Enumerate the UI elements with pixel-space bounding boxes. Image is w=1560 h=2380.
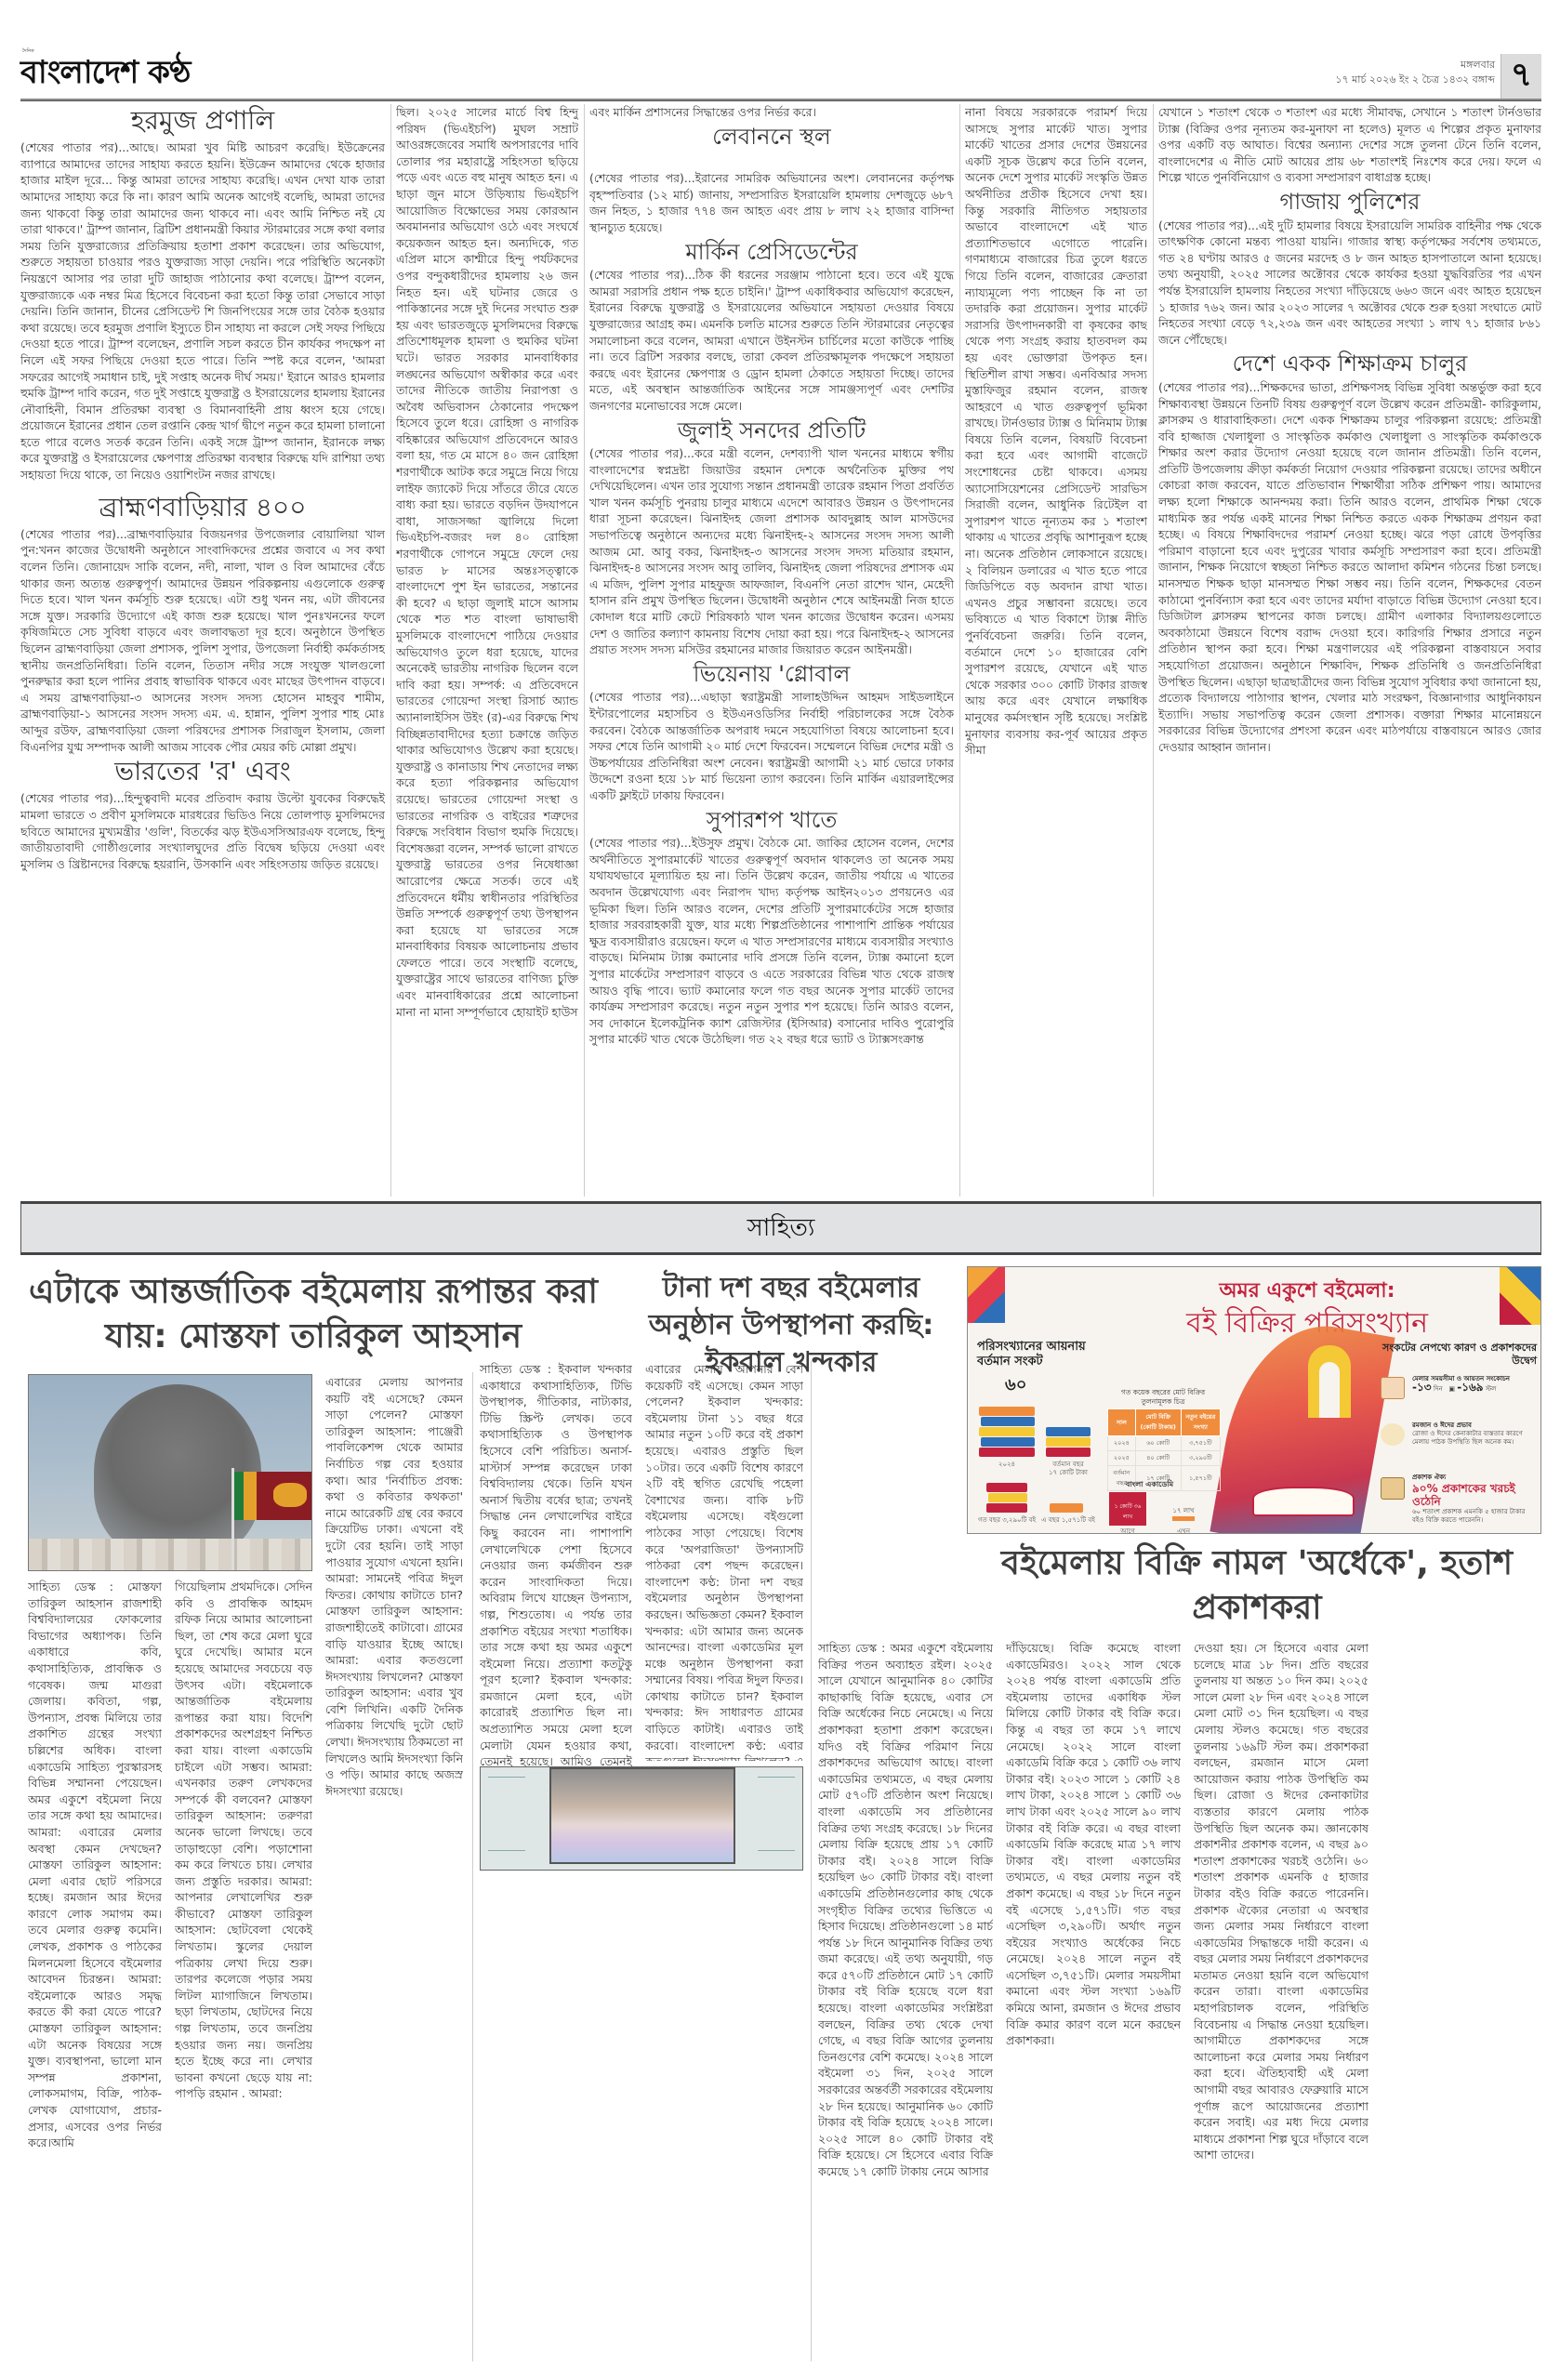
article-photo-author-portrait[interactable] (480, 1766, 803, 1871)
headline-vienna-global[interactable]: ভিয়েনায় 'গ্লোবাল (589, 662, 954, 688)
weekday: মঙ্গলবার (1335, 58, 1495, 73)
story-gaza-police: (শেষের পাতার পর)...এই দুটি হামলার বিষয়ে… (1158, 218, 1541, 349)
headline-article-sales-halved[interactable]: বইমেলায় বিক্রি নামল 'অর্ধেকে', হতাশ প্র… (978, 1541, 1536, 1631)
portrait-image (549, 1767, 735, 1864)
decorative-pattern-icon (968, 1267, 1005, 1323)
article-mostafa-col-b: গিয়েছিলাম প্রথমদিকে। সেদিন কবি ও প্রাবন… (175, 1579, 312, 2361)
news-section: হরমুজ প্রণালি (শেষের পাতার পর)...আছে। আম… (20, 104, 1541, 1197)
column-divider (1153, 104, 1154, 1197)
sales-table-heading: গত কয়েক বছরের মোট বিক্রির তুলনামূলক চিত… (1107, 1388, 1219, 1407)
headline-july-charter[interactable]: জুলাই সনদের প্রতিটি (589, 418, 954, 444)
book-stack-icon (981, 1437, 1035, 1447)
table-header-new-books: নতুন বইয়ের সংখ্যা (1181, 1409, 1220, 1436)
book-stack-icon (1046, 1437, 1091, 1447)
story-brahmanbaria: (শেষের পাতার পর)...ব্রাহ্মণবাড়িয়ার বিজ… (20, 526, 385, 755)
reason3-text: ৬০ শতাংশ প্রকাশক এমনকি ৫ হাজার টাকার বইও… (1412, 1508, 1526, 1524)
story-lebanon: (শেষের পাতার পর)...ইরানের সামরিক অভিযানে… (589, 170, 954, 235)
book-stack-icon (986, 1483, 1027, 1492)
article-mostafa-col-c: এবারের মেলায় আপনার কয়টি বই এসেছে? কেমন… (325, 1374, 463, 2361)
academy-now-label: এখন (1165, 1527, 1202, 1534)
academy-now-bar (1172, 1516, 1195, 1521)
story-hormuz: (শেষের পাতার পর)...আছে। আমরা খুব মিষ্টি … (20, 139, 385, 483)
table-cell: ৩,২৯০টি (1181, 1451, 1220, 1466)
table-row: ২০২৫ ৪০ কোটি ৩,২৯০টি (1108, 1451, 1221, 1466)
headline-brahmanbaria[interactable]: ব্রাহ্মণবাড়িয়ার ৪০০ (20, 493, 385, 522)
newspaper-logo[interactable]: বাংলাদেশ কণ্ঠ (20, 54, 190, 91)
book-icon (1050, 1503, 1083, 1513)
reason1-days: -১৩ (1412, 1381, 1432, 1394)
book-stack-icon (1046, 1448, 1091, 1457)
headline-india-raw[interactable]: ভারতের 'র' এবং (20, 757, 385, 787)
article-sales-text-c: দেওয়া হয়। সে হিসেবে এবার মেলা চলেছে মা… (1194, 1640, 1368, 2163)
article-sales-col-b: দাঁড়িয়েছে। বিক্রি কমেছে বাংলা একাডেমির… (1006, 1640, 1181, 2361)
reason-time-and-space: মেলার সময়সীমা ও আয়তন সংকোচন -১৩ দিন ▣ … (1381, 1375, 1537, 1394)
table-cell: ৩,৭৫১টি (1181, 1436, 1220, 1451)
column-1: হরমুজ প্রণালি (শেষের পাতার পর)...আছে। আম… (20, 104, 385, 1197)
infographic-right-heading: সংকটের নেপথ্যে কারণ ও প্রকাশকদের উদ্বেগ (1381, 1342, 1537, 1368)
label-last-year-books: গত বছর ৩,২৯০টি বই (977, 1516, 1037, 1525)
headline-lebanon[interactable]: লেবাননে স্থল (589, 125, 954, 151)
article-sales-text-b: দাঁড়িয়েছে। বিক্রি কমেছে বাংলা একাডেমির… (1006, 1640, 1181, 2049)
article-mostafa-text-a: সাহিত্য ডেস্ক : মোস্তফা তারিকুল আহসান রা… (28, 1579, 162, 2151)
open-book-icon (1252, 1487, 1355, 1516)
reason1-stalls: -১৬৯ (1457, 1381, 1483, 1394)
buildings-graphic (29, 1539, 311, 1570)
decorative-lines (758, 1777, 795, 1851)
academy-building-icon: ১ কোটি ৩৬ লাখ (1109, 1492, 1146, 1526)
book-stack-icon (979, 1407, 1035, 1416)
book-stack-icon (988, 1493, 1027, 1502)
article-sales-text-a: সাহিত্য ডেস্ক : অমর একুশে বইমেলায় বিক্র… (818, 1640, 993, 2180)
article-iqbal-col-b: এবারের মেলায় আপনার বেশ কয়েকটি বই এসেছে… (645, 1361, 803, 1761)
column-divider (390, 104, 391, 1197)
story-india-raw: (শেষের পাতার পর)...হিন্দুত্ববাদী মবের প্… (20, 790, 385, 872)
academy-before-value: ১ কোটি ৩৬ লাখ (1115, 1503, 1142, 1520)
reason2-title: রমজান ও ঈদের প্রভাব (1412, 1421, 1472, 1429)
reason-ramadan-eid: রমজান ও ঈদের প্রভাব রোজা ও ঈদের কেনাকাটা… (1381, 1421, 1537, 1447)
headline-gaza-police[interactable]: গাজায় পুলিশের (1158, 190, 1541, 216)
publication-date: ১৭ মার্চ ২০২৬ ইং ২ চৈত্র ১৪৩২ বঙ্গাব্দ (1335, 73, 1495, 87)
article-iqbal-text-b: এবারের মেলায় আপনার বেশ কয়েকটি বই এসেছে… (645, 1361, 803, 1761)
story-supershop-continued-2: যেখানে ১ শতাংশ থেকে ৩ শতাংশ এর মধ্যে সীম… (1158, 104, 1541, 186)
book-stack-icon (986, 1503, 1027, 1513)
headline-supershop[interactable]: সুপারশপ খাতে (589, 808, 954, 834)
current-year-value: ১৭ কোটি টাকা (1049, 1469, 1088, 1476)
sales-2024-number: ৬০ (1005, 1375, 1026, 1395)
table-header-year: সাল (1108, 1409, 1136, 1436)
table-cell: ২০২৫ (1108, 1451, 1136, 1466)
flag-icon (234, 1472, 312, 1520)
table-cell: ২০২৪ (1108, 1436, 1136, 1451)
book-stack-icon (981, 1417, 1035, 1426)
table-header-sales: মোট বিক্রি (কোটি টাকায়) (1135, 1409, 1181, 1436)
column-3: এবং মার্কিন প্রশাসনের সিদ্ধান্তের ওপর নি… (589, 104, 954, 1197)
column-divider (811, 1361, 812, 2361)
date-block: মঙ্গলবার ১৭ মার্চ ২০২৬ ইং ২ চৈত্র ১৪৩২ ব… (1335, 58, 1495, 87)
literature-section: এটাকে আন্তর্জাতিক বইমেলায় রূপান্তর করা … (20, 1264, 1541, 2371)
headline-article-mostafa[interactable]: এটাকে আন্তর্জাতিক বইমেলায় রূপান্তর করা … (28, 1270, 599, 1359)
story-supershop: (শেষের পাতার পর)...ইউসুফ প্রমুখ। বৈঠকে ম… (589, 835, 954, 1048)
reason1-stalls-unit: স্টল (1486, 1385, 1497, 1393)
current-year-label: বর্তমান বছর (1052, 1461, 1083, 1468)
book-stack-icon (979, 1448, 1035, 1457)
book-stack-icon (1046, 1427, 1091, 1436)
column-divider (959, 104, 960, 1197)
decorative-lines (488, 1777, 525, 1851)
section-header-literature: সাহিত্য (20, 1201, 1541, 1255)
label-current-year: বর্তমান বছর ১৭ কোটি টাকা (1038, 1461, 1098, 1477)
story-us-president: (শেষের পাতার পর)...ঠিক কী ধরনের সরঞ্জাম … (589, 267, 954, 414)
masthead: দৈনিক বাংলাদেশ কণ্ঠ মঙ্গলবার ১৭ মার্চ ২০… (20, 54, 1541, 99)
story-single-curriculum: (শেষের পাতার পর)...শিক্ষকদের ভাতা, প্রশি… (1158, 379, 1541, 756)
headline-single-curriculum[interactable]: দেশে একক শিক্ষাক্রম চালুর (1158, 351, 1541, 377)
academy-now-value: ১৭ লাখ (1165, 1507, 1202, 1515)
headline-us-president[interactable]: মার্কিন প্রেসিডেন্টের (589, 240, 954, 266)
reason-publishers-unity: প্রকাশক ঐক্য ৯০% প্রকাশকের খরচই ওঠেনি ৬০… (1381, 1474, 1537, 1525)
table-cell: ১,৫৭১টি (1181, 1466, 1220, 1491)
article-photo-smoke-flag[interactable] (28, 1374, 312, 1571)
infographic-left-heading: পরিসংখ্যানের আয়নায় বর্তমান সংকট (977, 1340, 1098, 1369)
story-india-raw-continued: ছিল। ২০২৫ সালের মার্চে বিশ্ব হিন্দু পরিষ… (396, 104, 578, 1020)
column-divider (584, 104, 585, 1197)
academy-before-label: আগে (1109, 1527, 1146, 1534)
reason3-title: প্রকাশক ঐক্য (1412, 1474, 1446, 1481)
story-lead-continued: এবং মার্কিন প্রশাসনের সিদ্ধান্তের ওপর নি… (589, 104, 954, 121)
masthead-divider (20, 99, 1541, 101)
bangla-academy-heading: বাংলা একাডেমি (1126, 1479, 1173, 1491)
reason1-days-unit: দিন (1434, 1385, 1443, 1393)
reason3-highlight: ৯০% প্রকাশকের খরচই ওঠেনি (1412, 1482, 1515, 1508)
label-this-year-books: এ বছর ১,৫৭১টি বই (1038, 1516, 1098, 1525)
infographic-book-sales[interactable]: অমর একুশে বইমেলা: বই বিক্রির পরিসংখ্যান … (967, 1266, 1541, 1534)
story-vienna-global: (শেষের পাতার পর)...এছাড়া স্বরাষ্ট্রমন্ত… (589, 689, 954, 803)
arch-graphic (1308, 1345, 1351, 1418)
table-header-row: সাল মোট বিক্রি (কোটি টাকায়) নতুন বইয়ের… (1108, 1409, 1221, 1436)
page-number: ৭ (1501, 54, 1541, 99)
book-stack-icon (979, 1427, 1035, 1436)
column-4: নানা বিষয়ে সরকারকে পরামর্শ দিয়ে আসছে স… (965, 104, 1147, 1197)
table-cell: ৬০ কোটি (1135, 1436, 1181, 1451)
table-row: ২০২৪ ৬০ কোটি ৩,৭৫১টি (1108, 1436, 1221, 1451)
table-cell: ৪০ কোটি (1135, 1451, 1181, 1466)
article-sales-col-c: দেওয়া হয়। সে হিসেবে এবার মেলা চলেছে মা… (1194, 1640, 1368, 2361)
decorative-pattern-icon (1500, 1267, 1540, 1325)
story-july-charter: (শেষের পাতার পর)...করে মন্ত্রী বলেন, দেশ… (589, 445, 954, 658)
label-2024: ২০২৪ (986, 1461, 1027, 1469)
article-mostafa-col-a: সাহিত্য ডেস্ক : মোস্তফা তারিকুল আহসান রা… (28, 1579, 162, 2361)
article-mostafa-text-c: এবারের মেলায় আপনার কয়টি বই এসেছে? কেমন… (325, 1374, 463, 1799)
article-mostafa-text-b: গিয়েছিলাম প্রথমদিকে। সেদিন কবি ও প্রাবন… (175, 1579, 312, 2102)
column-5: যেখানে ১ শতাংশ থেকে ৩ শতাংশ এর মধ্যে সীম… (1158, 104, 1541, 1197)
headline-hormuz[interactable]: হরমুজ প্রণালি (20, 106, 385, 136)
section-title: সাহিত্য (747, 1214, 815, 1242)
stall-icon: ▣ (1448, 1385, 1455, 1393)
column-2: ছিল। ২০২৫ সালের মার্চে বিশ্ব হিন্দু পরিষ… (396, 104, 578, 1197)
column-divider (472, 1372, 473, 2361)
reason2-text: রোজা ও ঈদের কেনাকাটার ব্যস্ততার কারণে মে… (1412, 1430, 1523, 1446)
story-supershop-continued: নানা বিষয়ে সরকারকে পরামর্শ দিয়ে আসছে স… (965, 104, 1147, 759)
article-sales-col-a: সাহিত্য ডেস্ক : অমর একুশে বইমেলায় বিক্র… (818, 1640, 993, 2361)
